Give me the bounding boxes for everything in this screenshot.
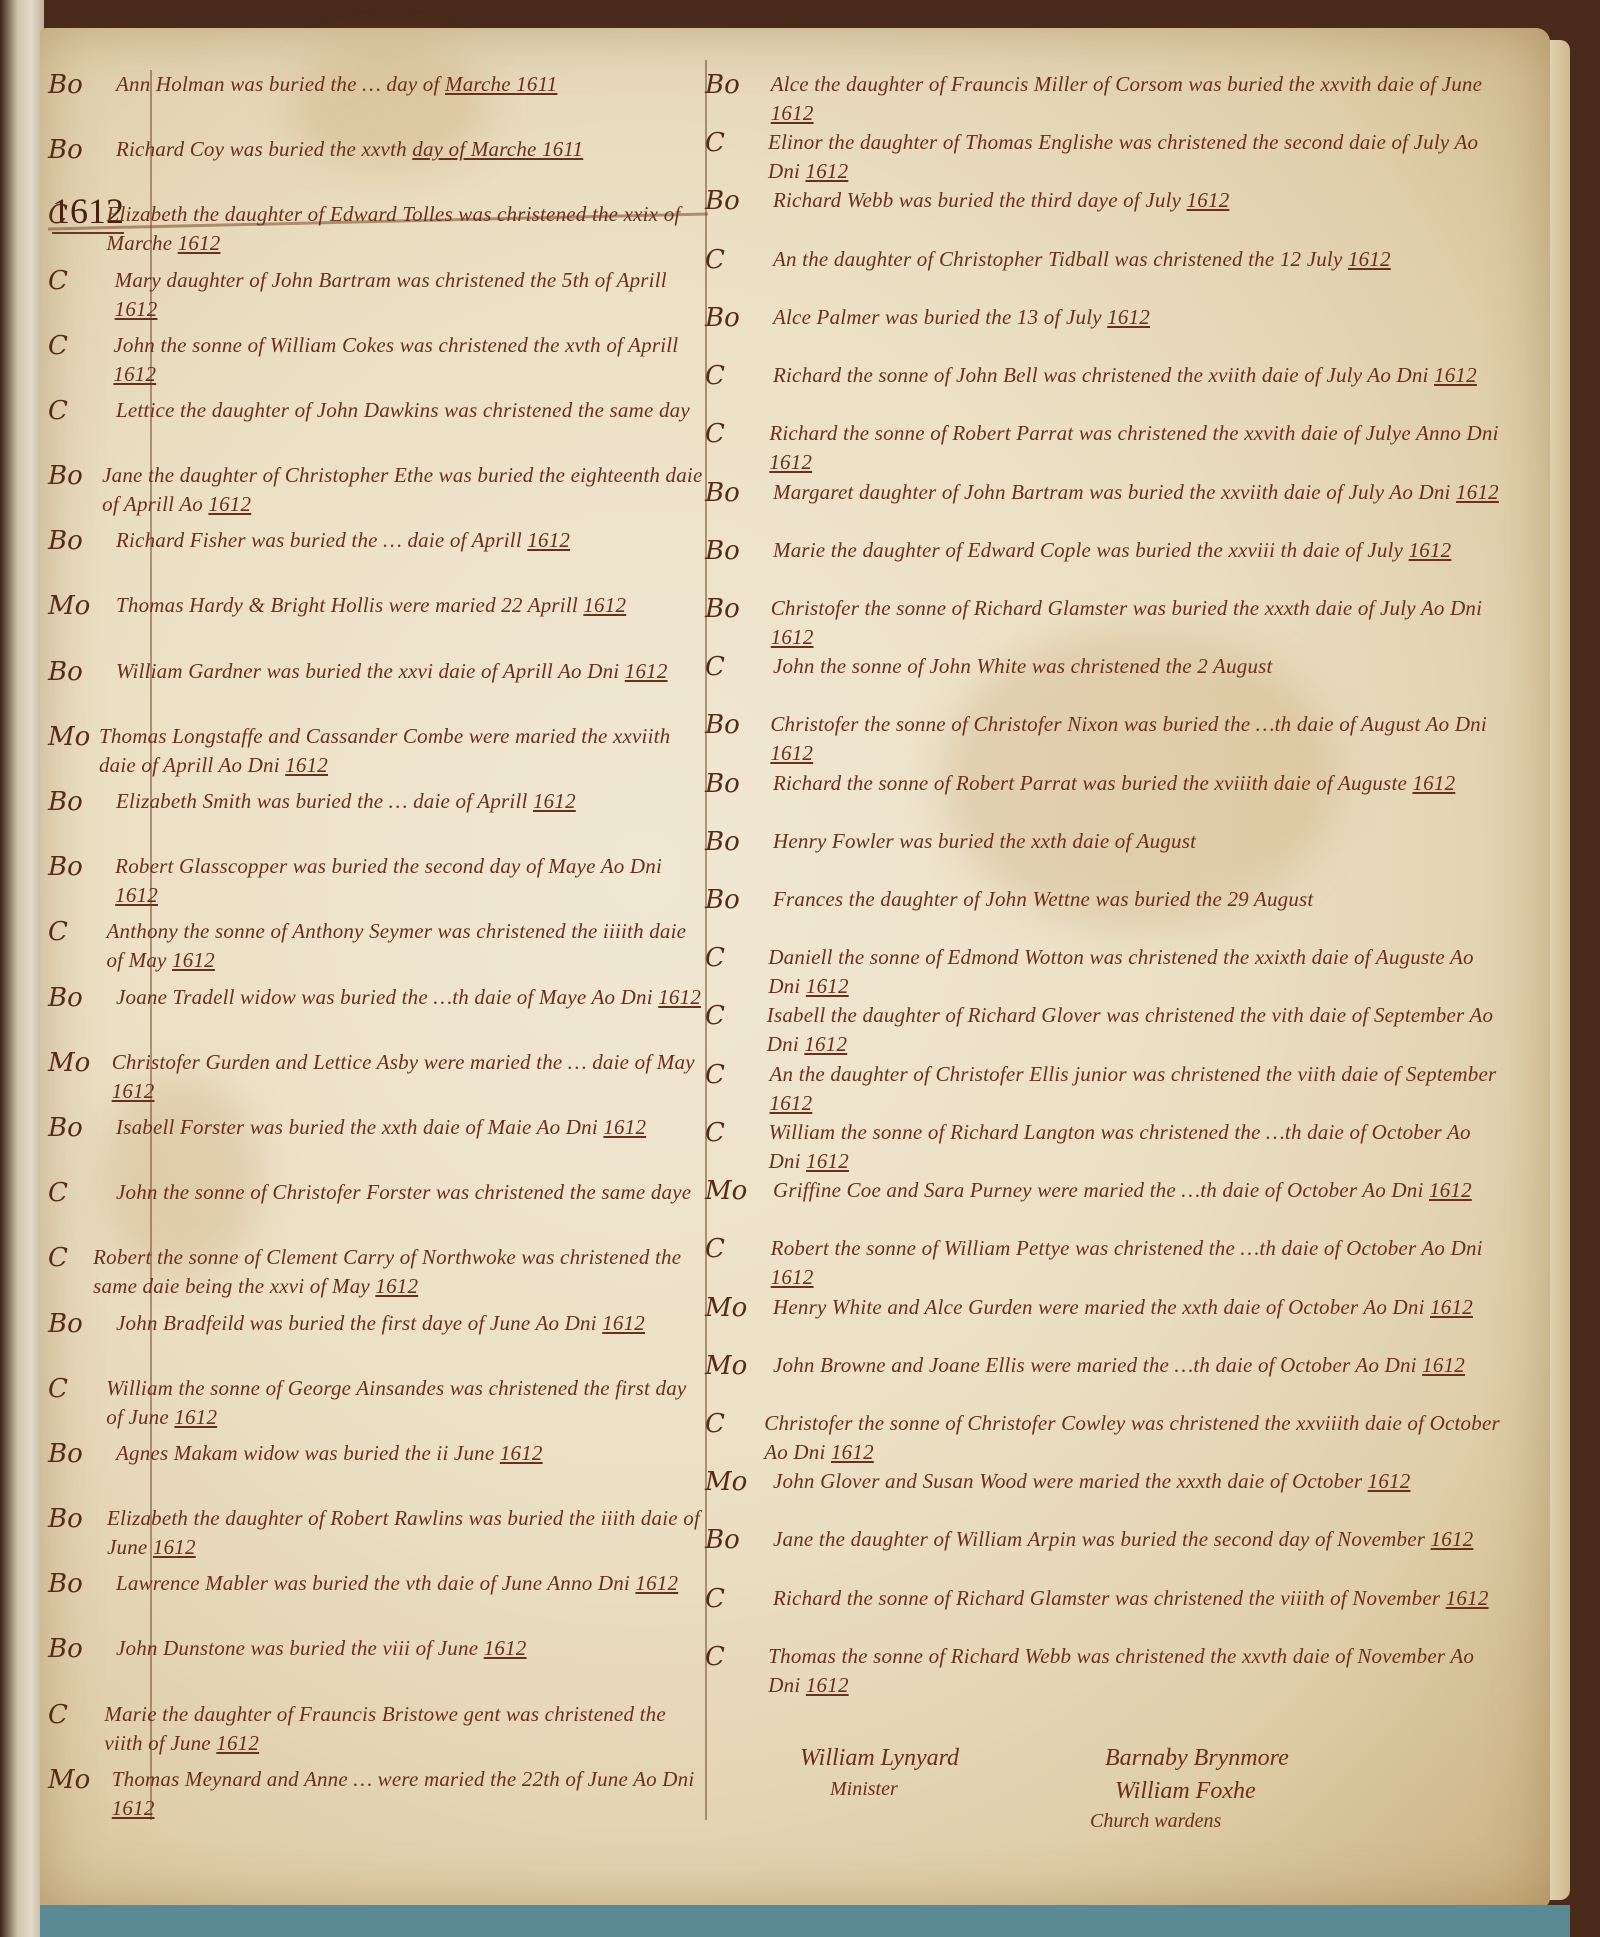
entry-description: Thomas Hardy & Bright Hollis were maried… xyxy=(116,593,578,617)
entry-description: Elinor the daughter of Thomas Englishe w… xyxy=(768,130,1478,183)
adjacent-page-edge xyxy=(0,0,44,1937)
entry-description: Mary daughter of John Bartram was christ… xyxy=(115,268,667,292)
entry-text: Lettice the daughter of John Dawkins was… xyxy=(116,396,690,425)
register-entry: CAn the daughter of Christofer Ellis jun… xyxy=(705,1060,1505,1118)
entry-year: 1612 xyxy=(484,1636,527,1660)
register-entry: CRobert the sonne of William Pettye was … xyxy=(705,1234,1505,1292)
entry-description: William the sonne of Richard Langton was… xyxy=(769,1120,1471,1173)
entry-description: Christofer the sonne of Christofer Nixon… xyxy=(770,712,1487,736)
entry-type-code: C xyxy=(48,266,115,296)
register-entry: BoFrances the daughter of John Wettne wa… xyxy=(705,885,1505,915)
register-entry: BoLawrence Mabler was buried the vth dai… xyxy=(48,1569,703,1599)
entry-text: Richard Fisher was buried the … daie of … xyxy=(116,526,570,555)
entry-description: Thomas the sonne of Richard Webb was chr… xyxy=(768,1644,1474,1697)
entry-type-code: C xyxy=(48,200,107,230)
entry-description: An the daughter of Christopher Tidball w… xyxy=(773,247,1342,271)
register-entry: BoChristofer the sonne of Christofer Nix… xyxy=(705,710,1505,768)
entry-year: 1612 xyxy=(172,948,215,972)
entry-type-code: Bo xyxy=(48,526,116,556)
register-entry: BoAgnes Makam widow was buried the ii Ju… xyxy=(48,1439,703,1469)
entry-type-code: Bo xyxy=(705,769,773,799)
entry-year: day of Marche 1611 xyxy=(412,137,583,161)
register-entry: BoJoane Tradell widow was buried the …th… xyxy=(48,983,703,1013)
entry-text: Henry Fowler was buried the xxth daie of… xyxy=(773,827,1196,856)
entry-type-code: Bo xyxy=(705,594,771,624)
entry-description: Isabell Forster was buried the xxth daie… xyxy=(116,1115,598,1139)
entry-year: 1612 xyxy=(113,362,156,386)
minister-title: Minister xyxy=(830,1778,898,1801)
entry-year: 1612 xyxy=(771,1265,814,1289)
register-entry: CJohn the sonne of William Cokes was chr… xyxy=(48,331,703,389)
register-entry: CDaniell the sonne of Edmond Wotton was … xyxy=(705,943,1505,1001)
register-entry: CRichard the sonne of John Bell was chri… xyxy=(705,361,1505,391)
entry-description: An the daughter of Christofer Ellis juni… xyxy=(770,1062,1497,1086)
register-entry: BoRichard the sonne of Robert Parrat was… xyxy=(705,769,1505,799)
register-entry: BoMarie the daughter of Edward Cople was… xyxy=(705,536,1505,566)
entry-year: 1612 xyxy=(527,528,570,552)
entry-description: Agnes Makam widow was buried the ii June xyxy=(116,1441,494,1465)
entry-type-code: C xyxy=(48,917,106,947)
entry-description: John Glover and Susan Wood were maried t… xyxy=(773,1469,1362,1493)
entry-year: 1612 xyxy=(658,985,701,1009)
entry-description: Lawrence Mabler was buried the vth daie … xyxy=(116,1571,630,1595)
entry-text: Isabell Forster was buried the xxth daie… xyxy=(116,1113,646,1142)
entry-text: Christofer the sonne of Christofer Nixon… xyxy=(770,710,1505,768)
warden-signature-1: Barnaby Brynmore xyxy=(1105,1745,1289,1772)
register-entry: BoJohn Bradfeild was buried the first da… xyxy=(48,1309,703,1339)
entry-type-code: Bo xyxy=(705,478,773,508)
register-entry: MoJohn Glover and Susan Wood were maried… xyxy=(705,1467,1505,1497)
register-entry: CElizabeth the daughter of Edward Tolles… xyxy=(48,200,703,258)
entry-description: Richard Webb was buried the third daye o… xyxy=(773,188,1181,212)
entry-year: 1612 xyxy=(771,625,814,649)
entry-text: Elinor the daughter of Thomas Englishe w… xyxy=(768,128,1505,186)
entry-text: Robert the sonne of William Pettye was c… xyxy=(771,1234,1505,1292)
entry-description: Henry Fowler was buried the xxth daie of… xyxy=(773,829,1196,853)
entry-text: Robert the sonne of Clement Carry of Nor… xyxy=(93,1243,703,1301)
entry-type-code: Bo xyxy=(48,1309,116,1339)
register-entry: CAnthony the sonne of Anthony Seymer was… xyxy=(48,917,703,975)
entry-text: John Browne and Joane Ellis were maried … xyxy=(773,1351,1465,1380)
register-entry: BoElizabeth Smith was buried the … daie … xyxy=(48,787,703,817)
entry-year: 1612 xyxy=(1456,480,1499,504)
entry-type-code: Bo xyxy=(48,1634,116,1664)
entry-text: Marie the daughter of Edward Cople was b… xyxy=(773,536,1451,565)
entry-text: Richard Coy was buried the xxvth day of … xyxy=(116,135,583,164)
entry-year: 1612 xyxy=(1430,1295,1473,1319)
entry-text: Elizabeth the daughter of Robert Rawlins… xyxy=(107,1504,703,1562)
entry-year: 1612 xyxy=(375,1274,418,1298)
register-entry: CJohn the sonne of John White was christ… xyxy=(705,652,1505,682)
entry-year: 1612 xyxy=(635,1571,678,1595)
entry-year: 1612 xyxy=(216,1731,259,1755)
entry-type-code: C xyxy=(48,396,116,426)
entry-description: Richard the sonne of John Bell was chris… xyxy=(773,363,1429,387)
entry-year: 1612 xyxy=(1107,305,1150,329)
entry-type-code: C xyxy=(48,1700,104,1730)
entry-text: John Dunstone was buried the viii of Jun… xyxy=(116,1634,527,1663)
entry-year: 1612 xyxy=(806,1149,849,1173)
entry-description: Robert the sonne of William Pettye was c… xyxy=(771,1236,1483,1260)
entry-type-code: Mo xyxy=(48,1048,112,1078)
entry-type-code: Bo xyxy=(48,70,116,100)
entry-description: Joane Tradell widow was buried the …th d… xyxy=(116,985,653,1009)
register-entry: CThomas the sonne of Richard Webb was ch… xyxy=(705,1642,1505,1700)
entry-description: Christofer Gurden and Lettice Asby were … xyxy=(112,1050,695,1074)
minister-signature: William Lynyard xyxy=(800,1745,959,1772)
register-entry: CWilliam the sonne of Richard Langton wa… xyxy=(705,1118,1505,1176)
entry-year: 1612 xyxy=(1422,1353,1465,1377)
register-entry: CJohn the sonne of Christofer Forster wa… xyxy=(48,1178,703,1208)
entry-description: Christofer the sonne of Richard Glamster… xyxy=(771,596,1482,620)
entry-text: An the daughter of Christopher Tidball w… xyxy=(773,245,1391,274)
entry-description: Richard Coy was buried the xxvth xyxy=(116,137,407,161)
warden-signature-2: William Foxhe xyxy=(1115,1778,1256,1805)
entry-text: Christofer the sonne of Christofer Cowle… xyxy=(764,1409,1505,1467)
register-entry: BoIsabell Forster was buried the xxth da… xyxy=(48,1113,703,1143)
entry-type-code: Bo xyxy=(48,1113,116,1143)
entry-year: Marche 1611 xyxy=(445,72,557,96)
entry-text: Thomas the sonne of Richard Webb was chr… xyxy=(768,1642,1505,1700)
entry-text: William the sonne of Richard Langton was… xyxy=(769,1118,1505,1176)
entry-year: 1612 xyxy=(112,1796,155,1820)
entry-text: Richard the sonne of Robert Parrat was c… xyxy=(769,419,1505,477)
entry-description: John the sonne of John White was christe… xyxy=(773,654,1273,678)
entry-text: Daniell the sonne of Edmond Wotton was c… xyxy=(768,943,1505,1001)
entry-text: Christofer the sonne of Richard Glamster… xyxy=(771,594,1505,652)
entry-text: John the sonne of Christofer Forster was… xyxy=(116,1178,691,1207)
entry-year: 1612 xyxy=(770,741,813,765)
entry-type-code: C xyxy=(48,1178,116,1208)
entry-type-code: Mo xyxy=(705,1467,773,1497)
entry-text: Jane the daughter of William Arpin was b… xyxy=(773,1525,1473,1554)
entry-text: Lawrence Mabler was buried the vth daie … xyxy=(116,1569,678,1598)
entry-year: 1612 xyxy=(625,659,668,683)
entry-year: 1612 xyxy=(1187,188,1230,212)
entry-description: Alce Palmer was buried the 13 of July xyxy=(773,305,1102,329)
entry-description: William Gardner was buried the xxvi daie… xyxy=(116,659,619,683)
entry-type-code: Mo xyxy=(705,1351,773,1381)
entry-type-code: C xyxy=(705,652,773,682)
register-entry: CElinor the daughter of Thomas Englishe … xyxy=(705,128,1505,186)
entry-description: John the sonne of William Cokes was chri… xyxy=(113,333,678,357)
entry-text: William the sonne of George Ainsandes wa… xyxy=(106,1374,703,1432)
entry-text: Richard Webb was buried the third daye o… xyxy=(773,186,1229,215)
book-cover-edge xyxy=(40,1905,1570,1937)
entry-description: Daniell the sonne of Edmond Wotton was c… xyxy=(768,945,1473,998)
entry-description: Ann Holman was buried the … day of xyxy=(116,72,440,96)
register-entry: CRichard the sonne of Richard Glamster w… xyxy=(705,1584,1505,1614)
entry-type-code: Bo xyxy=(48,657,116,687)
entry-type-code: C xyxy=(705,943,768,973)
register-entry: BoChristofer the sonne of Richard Glamst… xyxy=(705,594,1505,652)
entry-text: Agnes Makam widow was buried the ii June… xyxy=(116,1439,543,1468)
register-entry: MoJohn Browne and Joane Ellis were marie… xyxy=(705,1351,1505,1381)
entry-text: John Glover and Susan Wood were maried t… xyxy=(773,1467,1410,1496)
entry-year: 1612 xyxy=(533,789,576,813)
entry-text: Elizabeth Smith was buried the … daie of… xyxy=(116,787,576,816)
entry-description: Richard the sonne of Richard Glamster wa… xyxy=(773,1586,1440,1610)
entry-year: 1612 xyxy=(1409,538,1452,562)
register-entry: MoChristofer Gurden and Lettice Asby wer… xyxy=(48,1048,703,1106)
register-entry: CRichard the sonne of Robert Parrat was … xyxy=(705,419,1505,477)
entry-type-code: Bo xyxy=(705,885,773,915)
entry-type-code: Bo xyxy=(48,852,115,882)
entry-text: Elizabeth the daughter of Edward Tolles … xyxy=(107,200,704,258)
entry-type-code: Bo xyxy=(705,186,773,216)
entry-description: Marie the daughter of Edward Cople was b… xyxy=(773,538,1403,562)
entry-text: Henry White and Alce Gurden were maried … xyxy=(773,1293,1473,1322)
entry-text: Richard the sonne of Robert Parrat was b… xyxy=(773,769,1455,798)
entry-type-code: Bo xyxy=(705,1525,773,1555)
entry-description: Jane the daughter of Christopher Ethe wa… xyxy=(102,463,702,516)
entry-year: 1612 xyxy=(174,1405,217,1429)
entry-year: 1612 xyxy=(1348,247,1391,271)
register-entry: BoAnn Holman was buried the … day of Mar… xyxy=(48,70,703,100)
entry-type-code: C xyxy=(705,1060,770,1090)
entry-description: Christofer the sonne of Christofer Cowle… xyxy=(764,1411,1500,1464)
register-entry: BoAlce Palmer was buried the 13 of July … xyxy=(705,303,1505,333)
entry-type-code: C xyxy=(705,1001,767,1031)
entry-type-code: Bo xyxy=(48,1504,107,1534)
entry-year: 1612 xyxy=(1368,1469,1411,1493)
entry-type-code: C xyxy=(705,1642,768,1672)
entry-type-code: Bo xyxy=(705,827,773,857)
entry-description: Thomas Meynard and Anne … were maried th… xyxy=(112,1767,695,1791)
entry-type-code: Bo xyxy=(48,135,116,165)
register-entry: CRobert the sonne of Clement Carry of No… xyxy=(48,1243,703,1301)
register-entry: MoThomas Longstaffe and Cassander Combe … xyxy=(48,722,703,780)
entry-type-code: C xyxy=(705,419,769,449)
entry-type-code: C xyxy=(705,1584,773,1614)
register-entry: BoJane the daughter of Christopher Ethe … xyxy=(48,461,703,519)
entry-year: 1612 xyxy=(1434,363,1477,387)
entry-text: Margaret daughter of John Bartram was bu… xyxy=(773,478,1499,507)
entry-text: Marie the daughter of Frauncis Bristowe … xyxy=(104,1700,703,1758)
register-entry: BoWilliam Gardner was buried the xxvi da… xyxy=(48,657,703,687)
entry-type-code: Bo xyxy=(48,1439,116,1469)
entry-text: Christofer Gurden and Lettice Asby were … xyxy=(112,1048,703,1106)
entry-year: 1612 xyxy=(178,231,221,255)
entry-description: Lettice the daughter of John Dawkins was… xyxy=(116,398,690,422)
entry-year: 1612 xyxy=(804,1032,847,1056)
entry-text: Robert Glasscopper was buried the second… xyxy=(115,852,703,910)
entry-text: Frances the daughter of John Wettne was … xyxy=(773,885,1313,914)
entry-year: 1612 xyxy=(806,974,849,998)
entry-description: Alce the daughter of Frauncis Miller of … xyxy=(771,72,1482,96)
entry-description: Isabell the daughter of Richard Glover w… xyxy=(767,1003,1493,1056)
entry-type-code: Bo xyxy=(48,461,102,491)
register-entry: BoJane the daughter of William Arpin was… xyxy=(705,1525,1505,1555)
entry-description: Marie the daughter of Frauncis Bristowe … xyxy=(104,1702,665,1755)
entry-type-code: Bo xyxy=(705,710,770,740)
entry-year: 1612 xyxy=(831,1440,874,1464)
entry-year: 1612 xyxy=(153,1535,196,1559)
entry-type-code: C xyxy=(705,128,768,158)
register-entry: CWilliam the sonne of George Ainsandes w… xyxy=(48,1374,703,1432)
entry-description: Richard the sonne of Robert Parrat was c… xyxy=(769,421,1498,445)
entry-year: 1612 xyxy=(806,1673,849,1697)
entry-year: 1612 xyxy=(1446,1586,1489,1610)
register-entry: BoJohn Dunstone was buried the viii of J… xyxy=(48,1634,703,1664)
entry-year: 1612 xyxy=(769,450,812,474)
entry-description: John Dunstone was buried the viii of Jun… xyxy=(116,1636,478,1660)
entry-type-code: C xyxy=(48,1374,106,1404)
register-entry: BoRichard Coy was buried the xxvth day o… xyxy=(48,135,703,165)
entry-year: 1612 xyxy=(1412,771,1455,795)
entry-text: Thomas Hardy & Bright Hollis were maried… xyxy=(116,591,626,620)
entry-description: Henry White and Alce Gurden were maried … xyxy=(773,1295,1425,1319)
entry-type-code: Bo xyxy=(705,536,773,566)
entry-type-code: C xyxy=(705,1234,771,1264)
entry-type-code: Bo xyxy=(705,70,771,100)
register-entry: CMarie the daughter of Frauncis Bristowe… xyxy=(48,1700,703,1758)
entry-text: Thomas Meynard and Anne … were maried th… xyxy=(112,1765,703,1823)
register-entry: CLettice the daughter of John Dawkins wa… xyxy=(48,396,703,426)
entry-year: 1612 xyxy=(770,1091,813,1115)
entry-description: Thomas Longstaffe and Cassander Combe we… xyxy=(99,724,670,777)
entry-text: Jane the daughter of Christopher Ethe wa… xyxy=(102,461,703,519)
register-entry: MoHenry White and Alce Gurden were marie… xyxy=(705,1293,1505,1323)
entry-year: 1612 xyxy=(806,159,849,183)
entry-description: Richard the sonne of Robert Parrat was b… xyxy=(773,771,1407,795)
entry-year: 1612 xyxy=(285,753,328,777)
entry-description: Jane the daughter of William Arpin was b… xyxy=(773,1527,1425,1551)
entry-description: Richard Fisher was buried the … daie of … xyxy=(116,528,522,552)
register-entry: CAn the daughter of Christopher Tidball … xyxy=(705,245,1505,275)
entry-type-code: C xyxy=(705,1118,769,1148)
entry-year: 1612 xyxy=(583,593,626,617)
entry-type-code: Bo xyxy=(705,303,773,333)
entry-text: Griffine Coe and Sara Purney were maried… xyxy=(773,1176,1472,1205)
entry-description: Griffine Coe and Sara Purney were maried… xyxy=(773,1178,1424,1202)
entry-text: An the daughter of Christofer Ellis juni… xyxy=(770,1060,1505,1118)
entry-year: 1612 xyxy=(500,1441,543,1465)
entry-type-code: Bo xyxy=(48,1569,116,1599)
entry-year: 1612 xyxy=(1431,1527,1474,1551)
entry-text: Richard the sonne of Richard Glamster wa… xyxy=(773,1584,1489,1613)
register-entry: CMary daughter of John Bartram was chris… xyxy=(48,266,703,324)
register-entry: CChristofer the sonne of Christofer Cowl… xyxy=(705,1409,1505,1467)
entry-type-code: C xyxy=(705,1409,764,1439)
entry-text: Thomas Longstaffe and Cassander Combe we… xyxy=(99,722,703,780)
entry-year: 1612 xyxy=(1429,1178,1472,1202)
entry-type-code: C xyxy=(705,245,773,275)
entry-description: Robert Glasscopper was buried the second… xyxy=(115,854,662,878)
entry-text: Mary daughter of John Bartram was christ… xyxy=(115,266,703,324)
entry-type-code: Bo xyxy=(48,983,116,1013)
register-entry: CIsabell the daughter of Richard Glover … xyxy=(705,1001,1505,1059)
entry-text: John the sonne of John White was christe… xyxy=(773,652,1273,681)
entry-type-code: Bo xyxy=(48,787,116,817)
entry-text: John the sonne of William Cokes was chri… xyxy=(113,331,703,389)
wardens-title: Church wardens xyxy=(1090,1810,1221,1833)
register-entry: BoElizabeth the daughter of Robert Rawli… xyxy=(48,1504,703,1562)
entry-type-code: Mo xyxy=(705,1293,773,1323)
entry-text: Alce Palmer was buried the 13 of July 16… xyxy=(773,303,1150,332)
entry-type-code: Mo xyxy=(705,1176,773,1206)
entry-text: Isabell the daughter of Richard Glover w… xyxy=(767,1001,1505,1059)
entry-text: Ann Holman was buried the … day of March… xyxy=(116,70,557,99)
register-entry: BoMargaret daughter of John Bartram was … xyxy=(705,478,1505,508)
entry-year: 1612 xyxy=(112,1079,155,1103)
entry-type-code: C xyxy=(48,1243,93,1273)
entry-year: 1612 xyxy=(115,297,158,321)
entry-year: 1612 xyxy=(208,492,251,516)
register-entry: BoRichard Webb was buried the third daye… xyxy=(705,186,1505,216)
entry-description: John Bradfeild was buried the first daye… xyxy=(116,1311,597,1335)
entry-text: Richard the sonne of John Bell was chris… xyxy=(773,361,1477,390)
entry-type-code: C xyxy=(705,361,773,391)
entry-type-code: Mo xyxy=(48,591,116,621)
register-entry: MoThomas Meynard and Anne … were maried … xyxy=(48,1765,703,1823)
entry-year: 1612 xyxy=(603,1115,646,1139)
register-entry: BoHenry Fowler was buried the xxth daie … xyxy=(705,827,1505,857)
entry-description: John Browne and Joane Ellis were maried … xyxy=(773,1353,1417,1377)
entry-description: Frances the daughter of John Wettne was … xyxy=(773,887,1313,911)
entry-year: 1612 xyxy=(771,101,814,125)
register-entry: BoRobert Glasscopper was buried the seco… xyxy=(48,852,703,910)
entry-text: Joane Tradell widow was buried the …th d… xyxy=(116,983,701,1012)
entry-year: 1612 xyxy=(602,1311,645,1335)
register-entry: BoAlce the daughter of Frauncis Miller o… xyxy=(705,70,1505,128)
entry-type-code: Mo xyxy=(48,1765,112,1795)
entry-text: Alce the daughter of Frauncis Miller of … xyxy=(771,70,1505,128)
entry-type-code: C xyxy=(48,331,113,361)
register-entry: MoThomas Hardy & Bright Hollis were mari… xyxy=(48,591,703,621)
register-entry: MoGriffine Coe and Sara Purney were mari… xyxy=(705,1176,1505,1206)
entry-type-code: Mo xyxy=(48,722,99,752)
entry-description: John the sonne of Christofer Forster was… xyxy=(116,1180,691,1204)
entry-text: Anthony the sonne of Anthony Seymer was … xyxy=(106,917,703,975)
entry-text: William Gardner was buried the xxvi daie… xyxy=(116,657,668,686)
entry-description: Margaret daughter of John Bartram was bu… xyxy=(773,480,1451,504)
entry-text: John Bradfeild was buried the first daye… xyxy=(116,1309,645,1338)
entry-description: Elizabeth Smith was buried the … daie of… xyxy=(116,789,528,813)
entry-year: 1612 xyxy=(115,883,158,907)
register-entry: BoRichard Fisher was buried the … daie o… xyxy=(48,526,703,556)
